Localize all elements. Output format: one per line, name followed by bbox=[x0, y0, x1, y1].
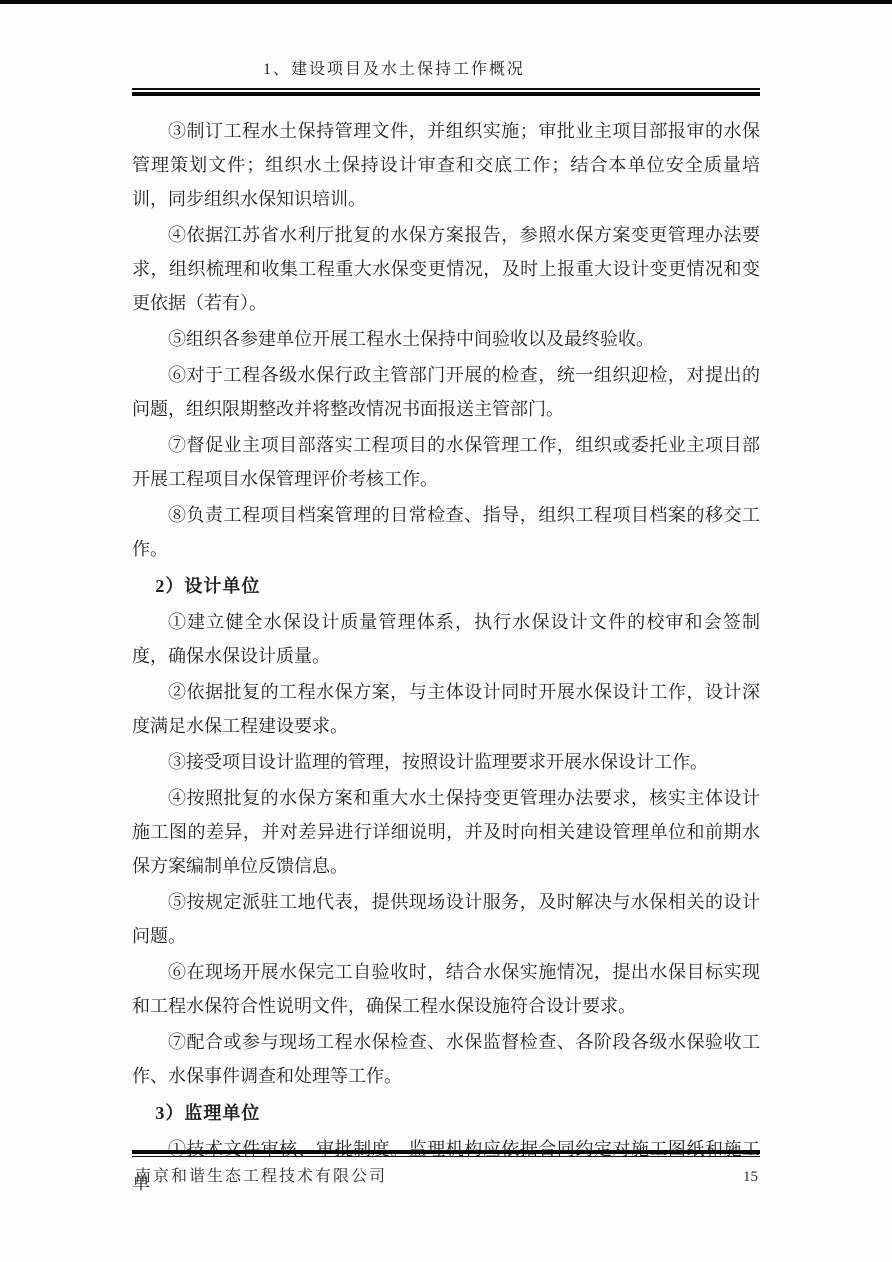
footer-double-rule bbox=[132, 1150, 760, 1157]
footer-company-name: 南京和谐生态工程技术有限公司 bbox=[132, 1163, 387, 1186]
paragraph: ③制订工程水土保持管理文件，并组织实施；审批业主项目部报审的水保管理策划文件；组… bbox=[132, 114, 760, 216]
header-double-rule bbox=[132, 88, 760, 96]
paragraph: ④依据江苏省水利厅批复的水保方案报告，参照水保方案变更管理办法要求，组织梳理和收… bbox=[132, 218, 760, 320]
section-heading-design-unit: 2）设计单位 bbox=[132, 569, 760, 603]
section-heading-supervision-unit: 3）监理单位 bbox=[132, 1096, 760, 1130]
paragraph: ④按照批复的水保方案和重大水土保持变更管理办法要求，核实主体设计施工图的差异，并… bbox=[132, 781, 760, 883]
document-page: 1、建设项目及水土保持工作概况 ③制订工程水土保持管理文件，并组织实施；审批业主… bbox=[0, 0, 892, 1262]
paragraph: ⑧负责工程项目档案管理的日常检查、指导，组织工程项目档案的移交工作。 bbox=[132, 498, 760, 566]
paragraph: ⑦督促业主项目部落实工程项目的水保管理工作，组织或委托业主项目部开展工程项目水保… bbox=[132, 428, 760, 496]
paragraph: ③接受项目设计监理的管理，按照设计监理要求开展水保设计工作。 bbox=[132, 745, 760, 779]
paragraph: ⑦配合或参与现场工程水保检查、水保监督检查、各阶段各级水保验收工作、水保事件调查… bbox=[132, 1025, 760, 1093]
paragraph: ⑤按规定派驻工地代表，提供现场设计服务，及时解决与水保相关的设计问题。 bbox=[132, 885, 760, 953]
paragraph: ①建立健全水保设计质量管理体系，执行水保设计文件的校审和会签制度，确保水保设计质… bbox=[132, 605, 760, 673]
paragraph: ②依据批复的工程水保方案，与主体设计同时开展水保设计工作，设计深度满足水保工程建… bbox=[132, 675, 760, 743]
page-content: 1、建设项目及水土保持工作概况 ③制订工程水土保持管理文件，并组织实施；审批业主… bbox=[132, 4, 760, 1202]
page-number: 15 bbox=[743, 1169, 760, 1186]
paragraph: ⑥在现场开展水保完工自验收时，结合水保实施情况，提出水保目标实现和工程水保符合性… bbox=[132, 955, 760, 1023]
paragraph: ⑤组织各参建单位开展工程水土保持中间验收以及最终验收。 bbox=[132, 322, 760, 356]
page-footer: 南京和谐生态工程技术有限公司 15 bbox=[132, 1150, 760, 1186]
page-header-title: 1、建设项目及水土保持工作概况 bbox=[132, 56, 760, 79]
body-text: ③制订工程水土保持管理文件，并组织实施；审批业主项目部报审的水保管理策划文件；组… bbox=[132, 114, 760, 1200]
paragraph: ⑥对于工程各级水保行政主管部门开展的检查，统一组织迎检，对提出的问题，组织限期整… bbox=[132, 358, 760, 426]
